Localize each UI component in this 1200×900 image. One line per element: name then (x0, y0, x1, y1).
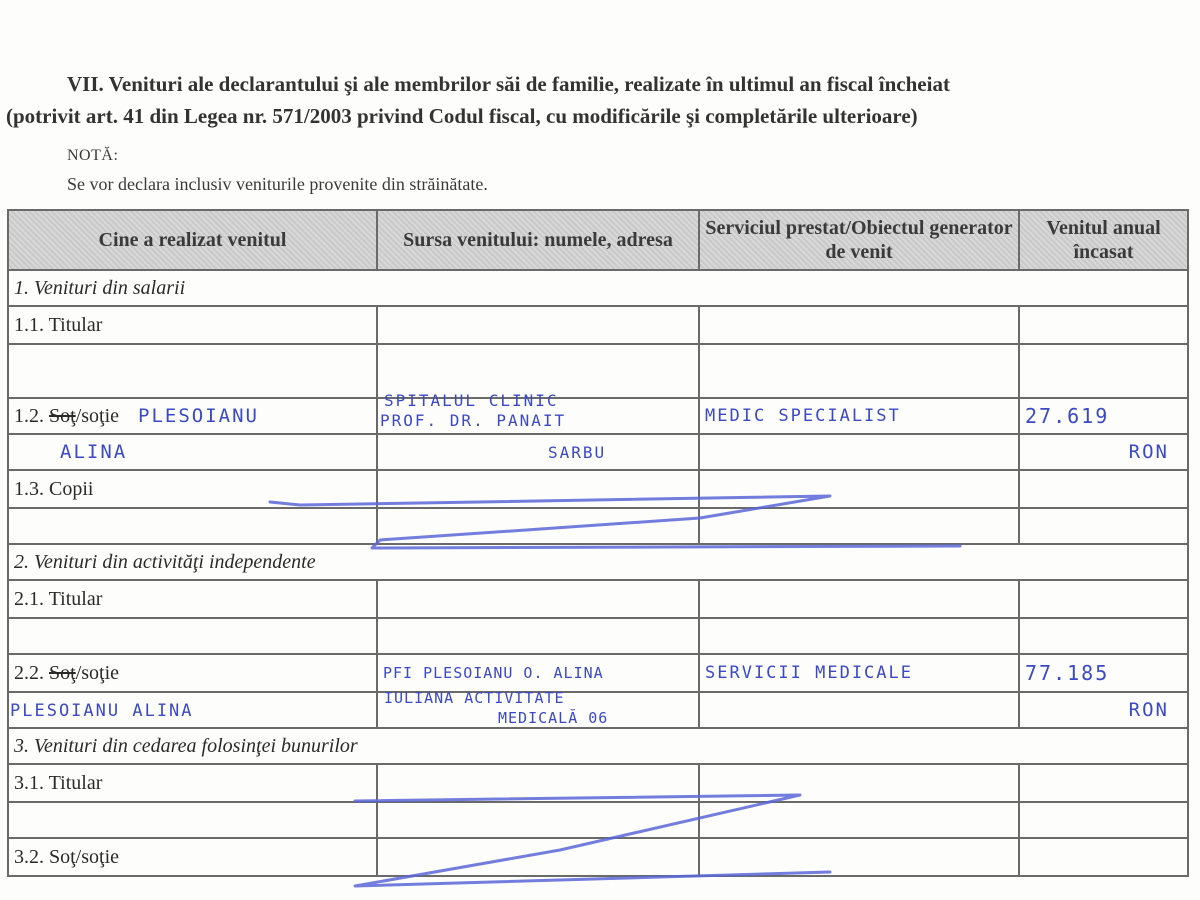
handwritten-currency: RON (1019, 434, 1188, 470)
row-label: 3.2. Soţ/soţie (8, 838, 377, 876)
cell-name: PLESOIANU ALINA (8, 692, 377, 728)
table-row: 3.2. Soţ/soţie (8, 838, 1188, 876)
row-label-spouse: 1.2. Soţ/soţie PLESOIANU (8, 398, 377, 434)
title-line-1: VII. Venituri ale declarantului şi ale m… (0, 68, 1200, 100)
cell-empty (1019, 764, 1188, 802)
handwritten-source-line: PROF. DR. PANAIT (380, 411, 566, 430)
table-row: 1.3. Copii (8, 470, 1188, 508)
label-struck: Soţ (49, 662, 76, 684)
row-label-spouse: 2.2. Soţ/soţie (8, 654, 377, 692)
table-row: 2.1. Titular (8, 580, 1188, 618)
label-suffix: /soţie (76, 405, 119, 427)
section-row: 2. Venituri din activităţi independente (8, 544, 1188, 580)
cell-crossed (377, 764, 699, 802)
cell-service (699, 580, 1019, 618)
cell-empty (1019, 838, 1188, 876)
row-label: 3.1. Titular (8, 764, 377, 802)
label-prefix: 2.2. (14, 662, 49, 684)
table-row: ALINA SARBU RON (8, 434, 1188, 470)
section-row: 1. Venituri din salarii (8, 270, 1188, 306)
cell-service (699, 306, 1019, 344)
handwritten-source-line: SPITALUL CLINIC (384, 391, 559, 410)
cell-empty (1019, 508, 1188, 544)
cell-empty (699, 434, 1019, 470)
cell-empty (1019, 470, 1188, 508)
label-suffix: /soţie (76, 662, 119, 684)
cell-crossed (699, 838, 1019, 876)
cell-empty (1019, 618, 1188, 654)
cell-crossed (699, 508, 1019, 544)
cell-empty (699, 618, 1019, 654)
table-row (8, 344, 1188, 398)
table-row: 1.1. Titular (8, 306, 1188, 344)
label-prefix: 1.2. (14, 405, 49, 427)
table-row: 3.1. Titular (8, 764, 1188, 802)
section-title: VII. Venituri ale declarantului şi ale m… (0, 68, 1200, 132)
col-header-who: Cine a realizat venitul (8, 210, 377, 270)
table-header-row: Cine a realizat venitul Sursa venitului:… (8, 210, 1188, 270)
cell-crossed (699, 802, 1019, 838)
cell-crossed (377, 802, 699, 838)
handwritten-currency: RON (1019, 692, 1188, 728)
cell-crossed (377, 508, 699, 544)
handwritten-source-line: SARBU (548, 443, 606, 462)
handwritten-source-line: MEDICALĂ 06 (498, 709, 608, 727)
cell-source (377, 306, 699, 344)
cell-crossed (699, 764, 1019, 802)
handwritten-name: PLESOIANU (138, 405, 259, 427)
note-text: Se vor declara inclusiv veniturile prove… (67, 170, 488, 198)
row-label: 1.1. Titular (8, 306, 377, 344)
cell-empty (8, 802, 377, 838)
table-row: PLESOIANU ALINA IULIANA ACTIVITATE MEDIC… (8, 692, 1188, 728)
handwritten-amount: 27.619 (1019, 398, 1188, 434)
note: NOTĂ: Se vor declara inclusiv veniturile… (67, 142, 488, 198)
cell-empty (1019, 802, 1188, 838)
income-table: Cine a realizat venitul Sursa venitului:… (7, 209, 1189, 877)
row-label: 1.3. Copii (8, 470, 377, 508)
section-title-salaries: 1. Venituri din salarii (8, 270, 1188, 306)
handwritten-name: ALINA (60, 441, 127, 463)
handwritten-name: PLESOIANU ALINA (10, 701, 194, 721)
cell-source: SARBU (377, 434, 699, 470)
cell-empty (377, 344, 699, 398)
cell-empty (377, 618, 699, 654)
section-title-assets: 3. Venituri din cedarea folosinţei bunur… (8, 728, 1188, 764)
cell-empty (8, 508, 377, 544)
cell-crossed (699, 470, 1019, 508)
table-row: 1.2. Soţ/soţie PLESOIANU SPITALUL CLINIC… (8, 398, 1188, 434)
cell-source: IULIANA ACTIVITATE MEDICALĂ 06 (377, 692, 699, 728)
cell-name-cont: ALINA (8, 434, 377, 470)
cell-amount (1019, 580, 1188, 618)
cell-source (377, 580, 699, 618)
col-header-source: Sursa venitului: numele, adresa (377, 210, 699, 270)
section-row: 3. Venituri din cedarea folosinţei bunur… (8, 728, 1188, 764)
cell-amount (1019, 306, 1188, 344)
cell-crossed (377, 838, 699, 876)
handwritten-amount: 77.185 (1019, 654, 1188, 692)
cell-source: SPITALUL CLINIC PROF. DR. PANAIT (377, 398, 699, 434)
handwritten-source: PFI PLESOIANU O. ALINA (377, 654, 699, 692)
cell-empty (8, 344, 377, 398)
table-row (8, 802, 1188, 838)
cell-crossed (377, 470, 699, 508)
cell-empty (699, 692, 1019, 728)
cell-empty (699, 344, 1019, 398)
table-row (8, 618, 1188, 654)
col-header-amount: Venitul anual încasat (1019, 210, 1188, 270)
handwritten-source-line: IULIANA ACTIVITATE (384, 689, 565, 707)
label-struck: Soţ (49, 405, 76, 427)
handwritten-service: SERVICII MEDICALE (699, 654, 1019, 692)
title-line-2: (potrivit art. 41 din Legea nr. 571/2003… (0, 100, 1200, 132)
row-label: 2.1. Titular (8, 580, 377, 618)
handwritten-service: MEDIC SPECIALIST (699, 398, 1019, 434)
note-label: NOTĂ: (67, 142, 488, 170)
section-title-independent: 2. Venituri din activităţi independente (8, 544, 1188, 580)
cell-empty (1019, 344, 1188, 398)
table-row: 2.2. Soţ/soţie PFI PLESOIANU O. ALINA SE… (8, 654, 1188, 692)
cell-empty (8, 618, 377, 654)
col-header-service: Serviciul prestat/Obiectul generator de … (699, 210, 1019, 270)
table-row (8, 508, 1188, 544)
